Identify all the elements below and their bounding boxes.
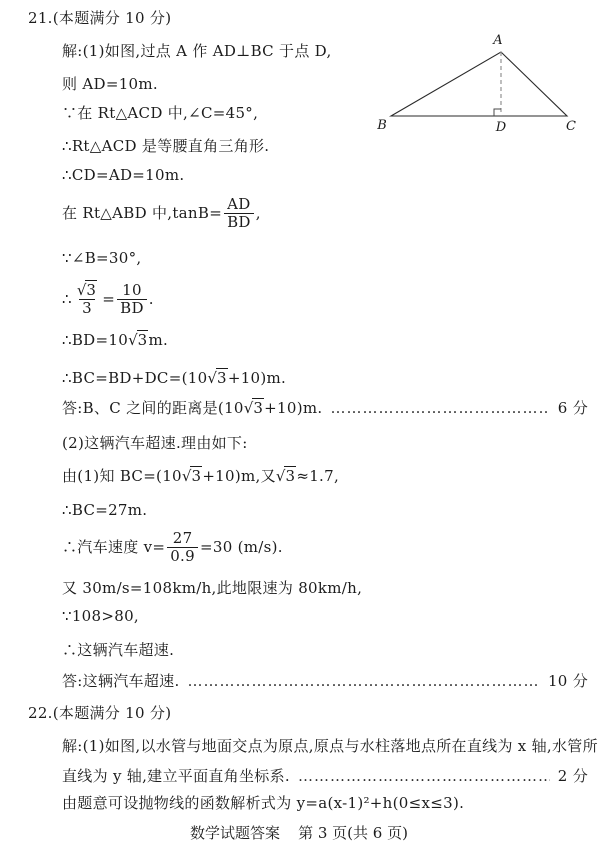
p21-step-7: ∵∠B=30°, [62, 248, 141, 269]
step-text: = [102, 290, 115, 308]
p21-step-16: ∵108>80, [62, 606, 139, 627]
problem22-header: 22.(本题满分 10 分) [28, 703, 171, 724]
fraction-numerator: AD [224, 196, 253, 213]
fraction-numerator: 10 [119, 282, 145, 299]
p21-step-1: 解:(1)如图,过点 A 作 AD⊥BC 于点 D, [62, 41, 332, 62]
p21-answer-line-1: 答:B、C 之间的距离是(10√3+10)m. …………………………………………… [62, 398, 588, 419]
step-text: ∴BC=BD+DC=(10 [62, 369, 207, 387]
vertex-label-b: B [376, 118, 387, 133]
radicand: 3 [216, 368, 228, 387]
answer-text: 答:这辆汽车超速. [62, 671, 180, 692]
p21-step-2: 则 AD=10m. [62, 74, 158, 95]
vertex-label-a: A [492, 33, 502, 48]
step-text: ∴ [62, 290, 72, 308]
score-marker: 10 分 [548, 671, 588, 692]
step-text: ∴汽车速度 v= [62, 538, 165, 556]
fraction-ad-bd: ADBD [224, 196, 254, 232]
answer-text-tail: +10)m. [264, 399, 322, 417]
answer-text: 答:B、C 之间的距离是(10√3+10)m. [62, 398, 322, 419]
answer-text-head: 答:B、C 之间的距离是(10 [62, 399, 244, 417]
answer-text: 直线为 y 轴,建立平面直角坐标系. [62, 766, 290, 787]
radicand: 3 [252, 398, 264, 417]
triangle-diagram: A B C D [370, 30, 594, 134]
step-text: , [256, 204, 261, 222]
radicand: 3 [85, 280, 97, 299]
fraction-27-09: 270.9 [167, 530, 198, 566]
radicand: 3 [137, 330, 149, 349]
p21-step-12: 由(1)知 BC=(10√3+10)m,又√3≈1.7, [62, 466, 339, 487]
p22-step-2: 直线为 y 轴,建立平面直角坐标系. ………………………………………………………… [62, 766, 588, 787]
p21-answer-line-2: 答:这辆汽车超速. ………………………………………………………………………………… [62, 671, 588, 692]
triangle-outline [391, 52, 567, 116]
p22-step-1: 解:(1)如图,以水管与地面交点为原点,原点与水柱落地点所在直线为 x 轴,水管… [62, 736, 598, 757]
fraction-denominator: BD [117, 299, 147, 317]
fraction-denominator: 0.9 [167, 547, 198, 565]
p21-step-13: ∴BC=27m. [62, 500, 147, 521]
sqrt-expression: √3 [128, 331, 148, 349]
footer-doc-title: 数学试题答案 [190, 824, 280, 842]
p21-step-11: (2)这辆汽车超速.理由如下: [62, 433, 248, 454]
step-text: ≈1.7, [296, 467, 339, 485]
p21-step-4: ∴Rt△ACD 是等腰直角三角形. [62, 136, 269, 157]
step-text: ∴BD=10 [62, 331, 128, 349]
dotted-leader: …………………………………………………………………………………………………………… [188, 671, 540, 692]
p21-step-15: 又 30m/s=108km/h,此地限速为 80km/h, [62, 578, 362, 599]
p21-step-8: ∴√33=10BD. [62, 282, 154, 318]
step-text: =30 (m/s). [200, 538, 283, 556]
vertex-label-d: D [495, 120, 507, 134]
radicand: 3 [284, 466, 296, 485]
problem21-header: 21.(本题满分 10 分) [28, 8, 171, 29]
p22-step-3: 由题意可设抛物线的函数解析式为 y=a(x-1)²+h(0≤x≤3). [62, 793, 464, 814]
step-text: 由(1)知 BC=(10 [62, 467, 182, 485]
page-footer: 数学试题答案第 3 页(共 6 页) [0, 822, 598, 843]
score-marker: 6 分 [558, 398, 588, 419]
vertex-label-c: C [566, 119, 576, 134]
p21-step-5: ∴CD=AD=10m. [62, 165, 184, 186]
exam-answer-page: 21.(本题满分 10 分) 解:(1)如图,过点 A 作 AD⊥BC 于点 D… [0, 0, 598, 851]
fraction-10-bd: 10BD [117, 282, 147, 318]
p21-step-6: 在 Rt△ABD 中,tanB=ADBD, [62, 196, 261, 232]
sqrt-expression: √3 [244, 399, 264, 417]
fraction-numerator: √3 [74, 282, 100, 299]
footer-page-info: 第 3 页(共 6 页) [298, 824, 408, 842]
sqrt-expression: √3 [207, 369, 227, 387]
sqrt-expression: √3 [77, 281, 97, 299]
fraction-denominator: BD [224, 213, 254, 231]
dotted-leader: …………………………………………………………………………………………………………… [298, 766, 550, 787]
step-text: m. [148, 331, 168, 349]
right-angle-mark [494, 109, 501, 116]
p21-step-3: ∵在 Rt△ACD 中,∠C=45°, [62, 103, 258, 124]
step-text: +10)m. [228, 369, 286, 387]
step-text: . [149, 290, 154, 308]
dotted-leader: …………………………………………………………………………………………………………… [330, 398, 549, 419]
fraction-numerator: 27 [170, 530, 196, 547]
p21-step-9: ∴BD=10√3m. [62, 330, 168, 351]
radicand: 3 [190, 466, 202, 485]
fraction-sqrt3-3: √33 [74, 282, 100, 318]
score-marker: 2 分 [558, 766, 588, 787]
p21-step-14: ∴汽车速度 v=270.9=30 (m/s). [62, 530, 283, 566]
p21-step-10: ∴BC=BD+DC=(10√3+10)m. [62, 368, 286, 389]
step-text: 在 Rt△ABD 中,tanB= [62, 204, 222, 222]
step-text: +10)m,又 [202, 467, 276, 485]
p21-step-17: ∴这辆汽车超速. [62, 640, 174, 661]
sqrt-expression: √3 [276, 467, 296, 485]
sqrt-expression: √3 [182, 467, 202, 485]
fraction-denominator: 3 [79, 299, 95, 317]
